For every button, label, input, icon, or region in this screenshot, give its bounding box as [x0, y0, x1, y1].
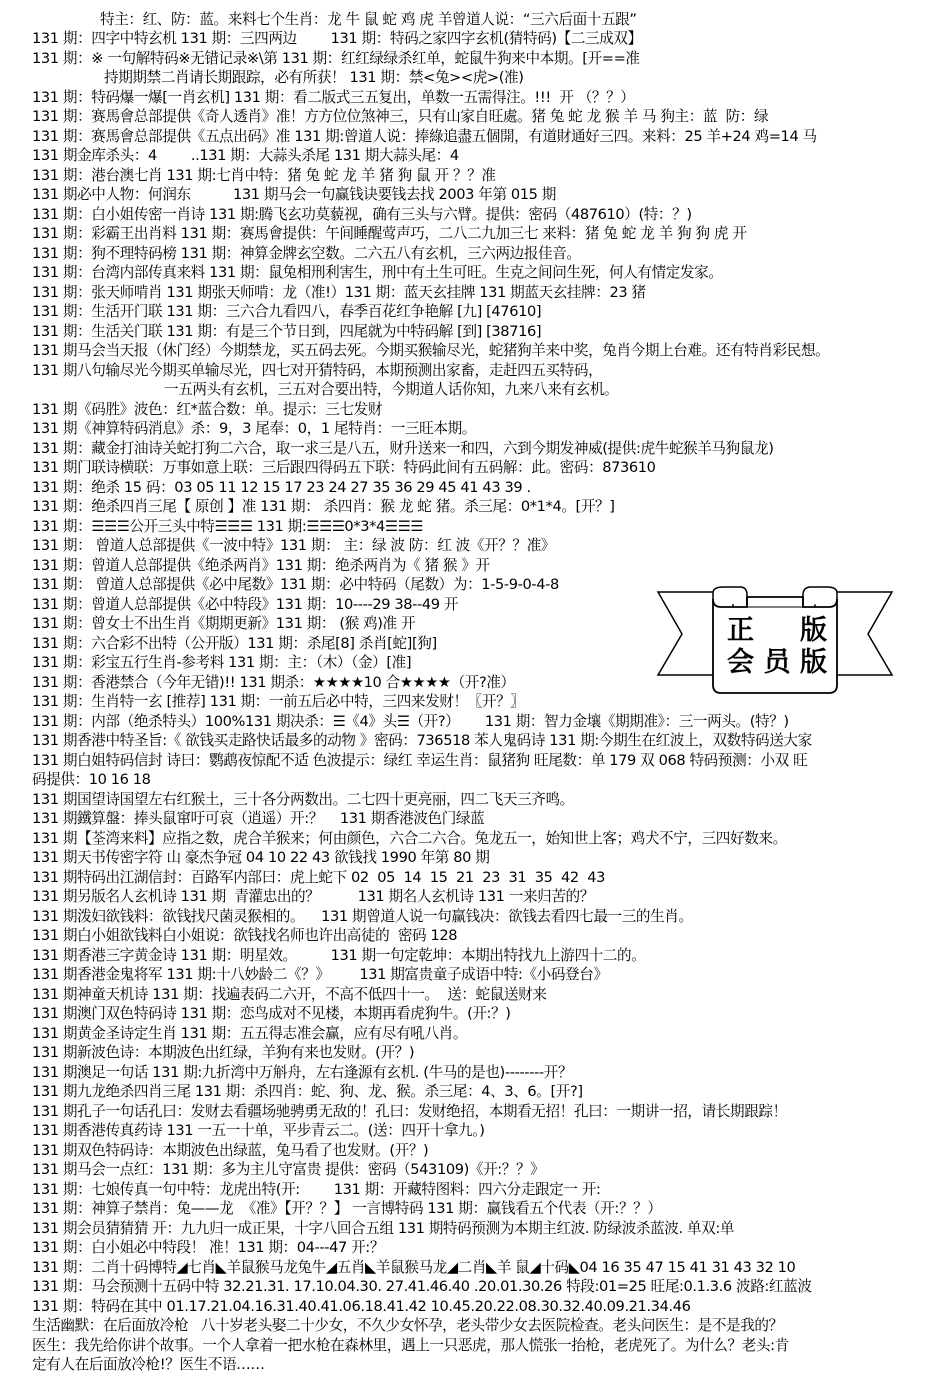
text-line: 131 期：台湾内部传真来料 131 期：鼠兔相刑利害生，刑中有土生可旺。生克之…	[32, 263, 723, 282]
text-line: 131 期【荃湾来料】应指之数，虎合羊猴来；何由颜色，六合二六合。兔龙五一，始知…	[32, 829, 787, 848]
text-line: 医生：我先给你讲个故事。一个人拿着一把水枪在森林里，遇上一只恶虎，那人慌张一抬枪…	[32, 1336, 789, 1355]
text-line: 131 期金库杀头：4 ..131 期：大蒜头杀尾 131 期大蒜头尾：4	[32, 146, 459, 165]
text-line: 131 期：彩霸王出肖料 131 期：赛馬會提供：午间睡醒莺声巧，二八二九加三七…	[32, 224, 747, 243]
text-line: 131 期：绝杀 15 码：03 05 11 12 15 17 23 24 27…	[32, 478, 531, 497]
text-line: 131 期：狗不理特码榜 131 期：神算金牌玄空数。二六五八有玄机，三六两边报…	[32, 244, 581, 263]
text-line: 131 期：藏金打油诗关蛇打狗二六合，取一求三是八五，财升送来一和四，六到今期发…	[32, 439, 774, 458]
text-line: 131 期澳门双色特码诗 131 期：恋鸟成对不见楼，本期再看虎狗牛。(开:？)	[32, 1004, 511, 1023]
text-line: 131 期：香港禁合（今年无错)!! 131 期杀：★★★★10 合★★★★（开…	[32, 673, 515, 692]
text-line: 一五两头有玄机，三五对合要出特，今期道人话你知，九来八来有玄机。	[164, 380, 618, 399]
text-line: 131 期会员猜猜猜 开：九九归一成正果，十字八回合五组 131 期特码预测为本…	[32, 1219, 734, 1238]
text-line: 131 期：神算子禁肖：兔——龙 《准》【开？？】 一言博特码 131 期：赢钱…	[32, 1199, 662, 1218]
text-line: 131 期：特码爆一爆[一肖玄机] 131 期：看二版式三五复出，单数一五需得注…	[32, 88, 634, 107]
badge-char: 会	[727, 647, 754, 679]
text-line: 131 期：四字中特玄机 131 期：三四两边 131 期：特码之家四字玄机(猜…	[32, 29, 642, 48]
text-line: 131 期：生肖特一玄 [推荐] 131 期：一前五后必中特，三四来发财！〖开？…	[32, 692, 524, 711]
text-line: 131 期《神算特码消息》杀：9，3 尾奉：0，1 尾特肖：一三旺本期。	[32, 419, 476, 438]
text-line: 131 期黄金圣诗定生肖 131 期：五五得志准会赢，应有尽有吼八肖。	[32, 1024, 467, 1043]
official-member-edition-badge: 正 版 会 员 版	[655, 585, 895, 697]
text-line: 131 期：☰☰☰公开三头中特☰☰☰ 131 期:☰☰☰0*3*4☰☰☰	[32, 517, 423, 536]
text-line: 131 期门联诗横联：万事如意上联：三后跟四得码五下联：特码此间有五码解：此。密…	[32, 458, 656, 477]
text-line: 131 期白姐特码信封 诗曰：鹦鹉夜惊配不适 色波提示：绿红 幸运生肖：鼠猪狗 …	[32, 751, 807, 770]
text-line: 131 期神童天机诗 131 期：找遍表码二六开，不高不低四十一。 送：蛇鼠送财…	[32, 985, 547, 1004]
text-line: 131 期：特码在其中 01.17.21.04.16.31.40.41.06.1…	[32, 1297, 690, 1316]
text-line: 131 期马会一点红：131 期：多为主儿守富贵 提供：密码（543109)《开…	[32, 1160, 544, 1179]
text-line: 131 期：白小姐必中特段！ 准！131 期：04---47 开:？	[32, 1238, 384, 1257]
text-line: 131 期孔子一句话孔曰：发财去看疆场驰骋勇无敌的！孔曰：发财绝招，本期看无招！…	[32, 1102, 787, 1121]
text-line: 生活幽默：在后面放冷枪 八十岁老头娶二十少女，不久少女怀孕，老头带少女去医院检查…	[32, 1316, 783, 1335]
text-line: 131 期：七娘传真一句中特：龙虎出特(开: 131 期：开藏特图料：四六分走跟…	[32, 1180, 600, 1199]
text-line: 131 期香港三字黄金诗 131 期：明星效。 131 期一句定乾坤：本期出特找…	[32, 946, 645, 965]
text-line: 131 期马会当天报（休门经）今期禁龙，买五码去死。今期买猴输尽光，蛇猪狗羊来中…	[32, 341, 829, 360]
text-line: 131 期：曾女士不出生肖《期期更新》131 期： (猴 鸡)准 开	[32, 614, 415, 633]
text-line: 131 期：赛馬會总部提供《五点出码》准 131 期:曾道人说：捧綠追盡五個開，…	[32, 127, 817, 146]
text-line: 131 期鐵算盤：捧头鼠窜吁可哀（逍遥）开:？ 131 期香港波色门绿蓝	[32, 809, 484, 828]
text-line: 131 期：生活开门联 131 期：三六合九看四八，春季百花红争艳解 [九] […	[32, 302, 541, 321]
text-line: 131 期香港中特圣旨:《 欲钱买走路快话最多的动物 》密码：736518 苯人…	[32, 731, 812, 750]
text-line: 持期期禁二肖请长期跟踪，必有所获！ 131 期：禁<兔><虎>(准)	[104, 68, 524, 87]
badge-text: 正 版 会 员 版	[727, 615, 827, 685]
badge-char: 员	[764, 647, 791, 679]
text-line: 131 期泼妇欲钱料：欲钱找尺菌灵猴相的。 131 期曾道人说一句赢钱决：欲钱去…	[32, 907, 693, 926]
badge-char: 版	[800, 647, 827, 679]
text-line: 131 期：赛馬會总部提供《奇人透肖》准！方方位位煞神三，只有山家自旺處。猪 兔…	[32, 107, 768, 126]
text-line: 131 期双色特码诗：本期波色出绿蓝，兔马看了也发财。(开？)	[32, 1141, 428, 1160]
text-line: 131 期澳足一句话 131 期:九折湾中万斛舟，左右逢源有玄机. (牛马的是也…	[32, 1063, 572, 1082]
text-line: 131 期：曾道人总部提供《必中特段》131 期：10----29 38--49…	[32, 595, 458, 614]
text-line: 131 期必中人物：何润东 131 期马会一句赢钱诀要钱去找 2003 年第 0…	[32, 185, 556, 204]
text-line: 131 期：生活关门联 131 期：有是三个节日到，四尾就为中特码解 [到] […	[32, 322, 541, 341]
text-line: 131 期： 曾道人总部提供《一波中特》131 期： 主：绿 波 防：红 波《开…	[32, 536, 555, 555]
text-line: 131 期香港传真药诗 131 一五一十单，平步青云二。(送：四开十拿九。)	[32, 1121, 485, 1140]
text-line: 131 期九龙绝杀四肖三尾 131 期：杀四肖：蛇、狗、龙、猴。杀三尾：4、3、…	[32, 1082, 583, 1101]
text-line: 131 期：二肖十码博特◢七肖◣羊鼠猴马龙兔牛◢五肖◣羊鼠猴马龙◢二肖◣羊 鼠◢…	[32, 1258, 795, 1277]
text-line: 131 期香港金鬼将军 131 期:十八妙龄二《？》 131 期富贵童子成语中特…	[32, 965, 608, 984]
text-line: 定有人在后面放冷枪!？医生不语……	[32, 1355, 265, 1374]
text-line: 131 期： 曾道人总部提供《必中尾数》131 期：必中特码（尾数）为：1-5-…	[32, 575, 559, 594]
badge-char: 版	[800, 615, 827, 647]
text-line: 131 期天书传密字符 山 豪杰争冠 04 10 22 43 欲钱找 1990 …	[32, 848, 489, 867]
badge-char: 正	[727, 615, 754, 647]
text-line: 131 期：六合彩不出特（公开版）131 期：杀尾[8] 杀肖[蛇][狗]	[32, 634, 437, 653]
text-line: 131 期新波色诗：本期波色出红绿，羊狗有来也发财。(开？)	[32, 1043, 414, 1062]
text-line: 131 期另版名人玄机诗 131 期 青灌忠出的？ 131 期名人玄机诗 131…	[32, 887, 594, 906]
text-line: 131 期：港台澳七肖 131 期:七肖中特：猪 兔 蛇 龙 羊 猪 狗 鼠 开…	[32, 166, 496, 185]
text-line: 131 期白小姐欲钱料白小姐说：欲钱找名师也许出高徒的 密码 128	[32, 926, 457, 945]
text-line: 131 期：内部（绝杀特头）100%131 期决杀：☰《4》头☰（开?） 131…	[32, 712, 789, 731]
text-line: 131 期：彩宝五行生肖-参考料 131 期：主：（木）（金）[准]	[32, 653, 411, 672]
text-line: 码提供：10 16 18	[32, 770, 151, 789]
text-line: 131 期：※ 一句解特码※无错记录※\第 131 期：红红绿绿杀红单，蛇鼠牛狗…	[32, 49, 640, 68]
text-line: 131 期特码出江湖信封：百路军内部曰：虎上蛇下 02 05 14 15 21 …	[32, 868, 605, 887]
text-line: 131 期：绝杀四肖三尾【 原创 】准 131 期： 杀四肖：猴 龙 蛇 猪。杀…	[32, 497, 615, 516]
text-line: 131 期八句输尽光今期买单输尽光，四七对开猜特码，本期预测出家畜，走赶四五买特…	[32, 361, 602, 380]
text-line: 131 期：张天师啃肖 131 期张天师啃：龙（准!）131 期：蓝天玄挂牌 1…	[32, 283, 646, 302]
text-line: 131 期：马会预测十五码中特 32.21.31. 17.10.04.30. 2…	[32, 1277, 812, 1296]
text-line: 特主：红、防：蓝。来料七个生肖：龙 牛 鼠 蛇 鸡 虎 羊曾道人说：“三六后面十…	[100, 10, 637, 29]
text-line: 131 期：白小姐传密一肖诗 131 期:腾飞玄功莫藐视，确有三头与六臂。提供：…	[32, 205, 692, 224]
text-line: 131 期《码胜》波色：红*蓝合数：单。提示：三七发财	[32, 400, 382, 419]
text-line: 131 期：曾道人总部提供《绝杀两肖》131 期：绝杀两肖为《 猪 猴 》开	[32, 556, 490, 575]
text-line: 131 期国望诗国望左右红猴土，三十各分两数出。二七四十更亮丽，四二飞天三齐鸣。	[32, 790, 574, 809]
